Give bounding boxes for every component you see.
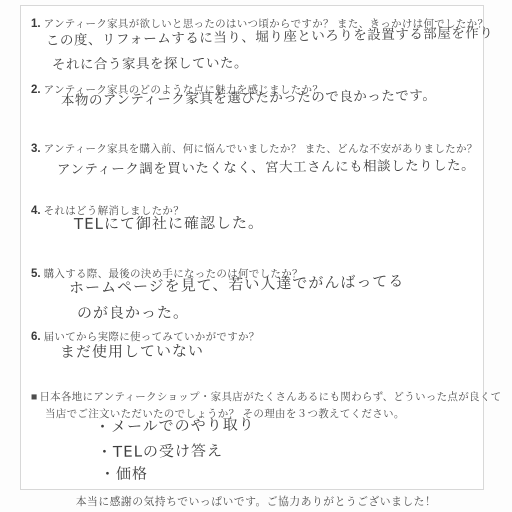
answer-4-line-1: TELにて御社に確認した。 [74, 215, 264, 233]
answer-1-line-2: それに合う家具を探していた。 [52, 56, 248, 73]
question-3-text: アンティーク家具を購入前、何に悩んでいましたか？ また、どんな不安がありましたか… [44, 143, 478, 155]
final-question-text-1: 日本各地にアンティークショップ・家具店がたくさんあるにも関わらず、どういった点が… [39, 391, 501, 403]
question-6-text: 届いてから実際に使ってみていかがですか？ [44, 331, 260, 343]
final-answer-1: ・メールでのやり取り [95, 416, 255, 435]
final-answer-2: ・TELの受け答え [97, 443, 223, 461]
footer-thanks-message: 本当に感謝の気持ちでいっぱいです。ご協力ありがとうございました！ [0, 494, 512, 509]
question-3: 3.アンティーク家具を購入前、何に悩んでいましたか？ また、どんな不安がありまし… [31, 138, 478, 159]
question-2-number: 2. [31, 84, 41, 96]
square-bullet-icon: ■ [31, 391, 37, 403]
question-5-number: 5. [31, 268, 41, 280]
question-4-number: 4. [31, 205, 41, 217]
answer-5-line-2: のが良かった。 [77, 304, 189, 321]
final-answer-3: ・価格 [100, 466, 148, 483]
question-6-number: 6. [31, 331, 41, 343]
question-3-number: 3. [31, 143, 41, 155]
survey-page: 1.アンティーク家具が欲しいと思ったのはいつ頃からですか？ また、きっかけは何で… [0, 0, 512, 512]
question-1-number: 1. [31, 18, 41, 30]
answer-6-line-1: まだ使用していない [60, 343, 204, 361]
